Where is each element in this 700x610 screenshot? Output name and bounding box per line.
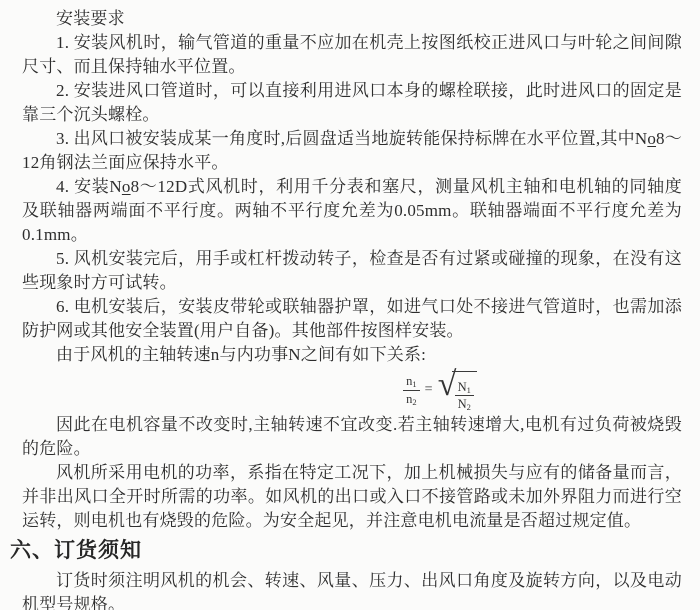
speed-power-relation-formula: n1n2=√N1N2 [403,369,477,412]
power-ratio-fraction-denominator: N2 [455,395,474,412]
paragraph: 由于风机的主轴转速n与内功事N之间有如下关系: [22,343,682,367]
power-ratio-fraction-num-subscript: 1 [467,385,471,395]
document-page: 安装要求1. 安装风机时，输气管道的重量不应加在机壳上按图纸校正进风口与叶轮之间… [0,0,700,610]
paragraph: 1. 安装风机时，输气管道的重量不应加在机壳上按图纸校正进风口与叶轮之间间隙尺寸… [22,31,682,79]
power-ratio-fraction-numerator: N1 [455,380,474,396]
paragraph: 5. 风机安装完后，用手或杠杆拨动转子，检查是否有过紧或碰撞的现象，在没有这些现… [22,247,682,295]
equals-sign: = [425,378,433,402]
subheading-text: 安装要求 [56,9,125,28]
paragraph: 风机所采用电机的功率，系指在特定工况下，加上机械损失与应有的储备量而言，并非出风… [22,461,682,533]
underlined-text-segment: o [647,129,656,148]
speed-ratio-fraction-numerator: n1 [403,374,420,390]
text-segment: 因此在电机容量不改变时,主轴转速不宜改变.若主轴转速增大,电机有过负荷被烧毁的危… [22,415,682,458]
paragraph: 3. 出风口被安装成某一角度时,后圆盘适当地旋转能保持标牌在水平位置,其中No8… [22,127,682,175]
underlined-text-segment: o [122,177,131,196]
formula-block: n1n2=√N1N2 [22,367,682,413]
section-heading: 六、订货须知 [10,536,682,566]
speed-ratio-fraction: n1n2 [403,374,420,406]
text-segment: 由于风机的主轴转速n与内功事N之间有如下关系: [56,345,426,364]
paragraph: 因此在电机容量不改变时,主轴转速不宜改变.若主轴转速增大,电机有过负荷被烧毁的危… [22,413,682,461]
radicand: N1N2 [452,371,477,412]
text-segment: 2. 安装进风口管道时，可以直接利用进风口本身的螺栓联接，此时进风口的固定是靠三… [22,81,682,124]
text-segment: 1. 安装风机时，输气管道的重量不应加在机壳上按图纸校正进风口与叶轮之间间隙尺寸… [22,33,682,76]
speed-ratio-fraction-den-subscript: 2 [412,397,416,407]
paragraph: 2. 安装进风口管道时，可以直接利用进风口本身的螺栓联接，此时进风口的固定是靠三… [22,79,682,127]
speed-ratio-fraction-denominator: n2 [403,390,420,407]
paragraph: 订货时须注明风机的机会、转速、风量、压力、出风口角度及旋转方向，以及电动机型号规… [22,569,682,610]
paragraph: 4. 安装No8～12D式风机时，利用千分表和塞尺，测量风机主轴和电机轴的同轴度… [22,175,682,247]
section-heading-text: 六、订货须知 [10,539,142,562]
power-ratio-fraction-den-subscript: 2 [467,402,471,412]
text-segment: 风机所采用电机的功率，系指在特定工况下，加上机械损失与应有的储备量而言，并非出风… [22,463,682,530]
power-ratio-fraction-den-base: N [458,397,467,411]
doc-subheading: 安装要求 [22,7,682,31]
power-ratio-fraction: N1N2 [455,380,474,412]
paragraph: 6. 电机安装后，安装皮带轮或联轴器护罩，如进气口处不接进气管道时，也需加添防护… [22,295,682,343]
text-segment: 3. 出风口被安装成某一角度时,后圆盘适当地旋转能保持标牌在水平位置,其中N [56,129,647,148]
square-root: √N1N2 [438,369,477,412]
text-segment: 6. 电机安装后，安装皮带轮或联轴器护罩，如进气口处不接进气管道时，也需加添防护… [22,297,682,340]
text-segment: 5. 风机安装完后，用手或杠杆拨动转子，检查是否有过紧或碰撞的现象，在没有这些现… [22,249,682,292]
text-segment: 4. 安装N [56,177,122,196]
speed-ratio-fraction-num-subscript: 1 [412,379,416,389]
power-ratio-fraction-num-base: N [458,380,467,394]
text-segment: 订货时须注明风机的机会、转速、风量、压力、出风口角度及旋转方向，以及电动机型号规… [22,571,682,610]
